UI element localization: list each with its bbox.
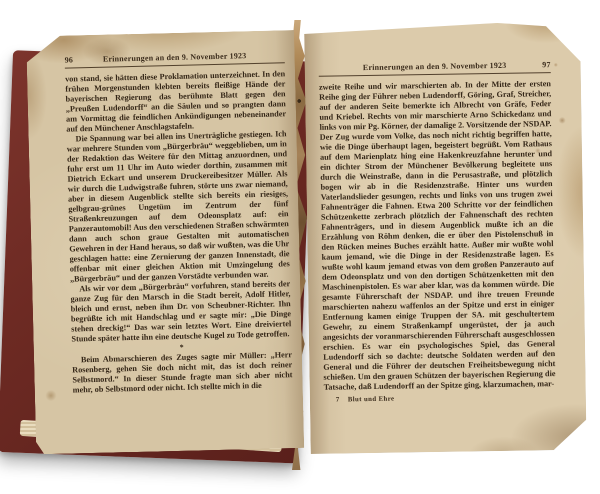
right-running-title: Erinnerungen an den 9. November 1923 <box>319 60 551 73</box>
signature-mark: 7 <box>336 396 340 403</box>
left-page-number: 96 <box>65 55 74 64</box>
right-page-body: zweite Reihe und wir marschierten ab. In… <box>319 79 556 406</box>
paragraph: zweite Reihe und wir marschierten ab. In… <box>319 79 556 393</box>
signature-line: 7 Blut und Ehre <box>336 392 556 405</box>
signature-title: Blut und Ehre <box>348 396 395 404</box>
right-page: Erinnerungen an den 9. November 1923 97 … <box>304 22 587 454</box>
paragraph: Die Spannung war bei allen ins Unerträgl… <box>66 129 290 284</box>
left-page: 96 Erinnerungen an den 9. November 1923 … <box>26 30 304 454</box>
left-page-body: von stand, sie hätten diese Proklamation… <box>65 69 293 395</box>
paragraph: Beim Abmarschieren des Zuges sagte mir M… <box>72 350 293 395</box>
book-photo: 96 Erinnerungen an den 9. November 1923 … <box>0 0 600 494</box>
paragraph: Als wir vor dem „Bürgerbräu“ vorfuhren, … <box>70 279 291 344</box>
right-page-number: 97 <box>542 60 551 69</box>
paragraph: von stand, sie hätten diese Proklamation… <box>65 69 286 134</box>
